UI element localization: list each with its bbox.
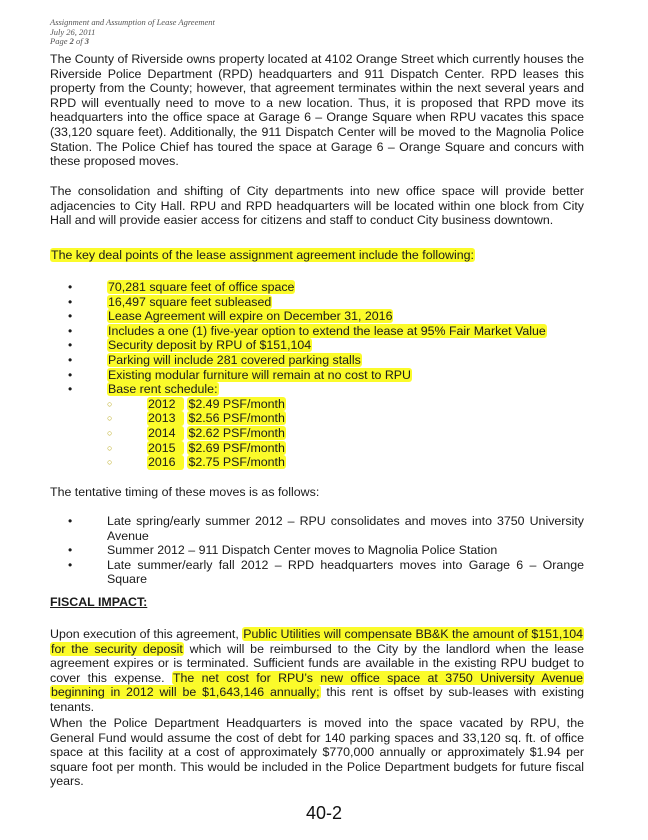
bullet-icon: • xyxy=(68,309,72,324)
deal-point-text: 70,281 square feet of office space xyxy=(107,280,295,294)
circle-bullet-icon: ○ xyxy=(107,441,112,456)
bullet-icon: • xyxy=(68,514,72,529)
circle-bullet-icon: ○ xyxy=(107,397,112,412)
page-mid: of xyxy=(74,36,85,46)
bullet-icon: • xyxy=(68,280,72,295)
rent-rate: $2.49 PSF/month xyxy=(187,397,285,411)
paragraph-consolidation: The consolidation and shifting of City d… xyxy=(50,184,584,228)
rent-schedule-item: ○2015 $2.69 PSF/month xyxy=(107,441,590,456)
deal-point-item: •Lease Agreement will expire on December… xyxy=(50,309,590,324)
circle-bullet-icon: ○ xyxy=(107,455,112,470)
timing-item: •Summer 2012 – 911 Dispatch Center moves… xyxy=(50,543,584,558)
deal-point-text: Parking will include 281 covered parking… xyxy=(107,353,362,367)
deal-point-text: 16,497 square feet subleased xyxy=(107,295,272,309)
circle-bullet-icon: ○ xyxy=(107,426,112,441)
rent-schedule-item: ○2013 $2.56 PSF/month xyxy=(107,411,590,426)
paragraph-general-fund: When the Police Department Headquarters … xyxy=(50,716,584,789)
circle-bullet-icon: ○ xyxy=(107,411,112,426)
rent-rate: $2.75 PSF/month xyxy=(187,455,285,469)
fiscal-impact-heading: FISCAL IMPACT: xyxy=(50,595,147,609)
paragraph-fiscal-impact: Upon execution of this agreement, Public… xyxy=(50,627,584,715)
bullet-icon: • xyxy=(68,543,72,558)
timing-list: •Late spring/early summer 2012 – RPU con… xyxy=(50,514,584,587)
deal-point-item: •Includes a one (1) five-year option to … xyxy=(50,324,590,339)
rent-year: 2013 xyxy=(147,411,184,426)
rent-rate: $2.69 PSF/month xyxy=(187,441,285,455)
rent-year: 2015 xyxy=(147,441,184,456)
deal-point-item: •Existing modular furniture will remain … xyxy=(50,368,590,383)
deal-point-item: •Parking will include 281 covered parkin… xyxy=(50,353,590,368)
deal-points-list: •70,281 square feet of office space•16,4… xyxy=(50,280,590,470)
bullet-icon: • xyxy=(68,353,72,368)
deal-point-item: •70,281 square feet of office space xyxy=(50,280,590,295)
bullet-icon: • xyxy=(68,382,72,397)
deal-point-item: •16,497 square feet subleased xyxy=(50,295,590,310)
timing-item: •Late spring/early summer 2012 – RPU con… xyxy=(50,514,584,543)
page-total: 3 xyxy=(85,36,89,46)
rent-schedule-item: ○2012 $2.49 PSF/month xyxy=(107,397,590,412)
timing-text: Summer 2012 – 911 Dispatch Center moves … xyxy=(107,543,497,557)
bullet-icon: • xyxy=(68,324,72,339)
paragraph-key-deal-points-intro: The key deal points of the lease assignm… xyxy=(50,248,584,263)
page-number: 40-2 xyxy=(0,803,648,824)
bullet-icon: • xyxy=(68,558,72,573)
deal-point-text: Lease Agreement will expire on December … xyxy=(107,309,393,323)
fiscal-text-a: Upon execution of this agreement, xyxy=(50,627,242,641)
timing-item: •Late summer/early fall 2012 – RPD headq… xyxy=(50,558,584,587)
paragraph-county-property: The County of Riverside owns property lo… xyxy=(50,52,584,169)
page-prefix: Page xyxy=(50,36,70,46)
deal-point-text: Base rent schedule: xyxy=(107,382,219,396)
rent-year: 2012 xyxy=(147,397,184,412)
rent-year: 2014 xyxy=(147,426,184,441)
rent-year: 2016 xyxy=(147,455,184,470)
rent-schedule-list: ○2012 $2.49 PSF/month○2013 $2.56 PSF/mon… xyxy=(107,397,590,470)
rent-rate: $2.56 PSF/month xyxy=(187,411,285,425)
deal-point-text: Security deposit by RPU of $151,104 xyxy=(107,338,312,352)
deal-point-item: •Security deposit by RPU of $151,104 xyxy=(50,338,590,353)
bullet-icon: • xyxy=(68,368,72,383)
timing-text: Late spring/early summer 2012 – RPU cons… xyxy=(107,514,584,543)
header-page-indicator: Page 2 of 3 xyxy=(50,37,215,47)
document-header: Assignment and Assumption of Lease Agree… xyxy=(50,18,215,47)
bullet-icon: • xyxy=(68,338,72,353)
document-page: Assignment and Assumption of Lease Agree… xyxy=(0,0,648,840)
paragraph-timing-intro: The tentative timing of these moves is a… xyxy=(50,485,584,500)
rent-rate: $2.62 PSF/month xyxy=(187,426,285,440)
deal-point-item: •Base rent schedule:○2012 $2.49 PSF/mont… xyxy=(50,382,590,470)
deal-point-text: Existing modular furniture will remain a… xyxy=(107,368,412,382)
bullet-icon: • xyxy=(68,295,72,310)
highlight: The key deal points of the lease assignm… xyxy=(50,248,475,262)
rent-schedule-item: ○2014 $2.62 PSF/month xyxy=(107,426,590,441)
rent-schedule-item: ○2016 $2.75 PSF/month xyxy=(107,455,590,470)
timing-text: Late summer/early fall 2012 – RPD headqu… xyxy=(107,558,584,587)
deal-point-text: Includes a one (1) five-year option to e… xyxy=(107,324,547,338)
